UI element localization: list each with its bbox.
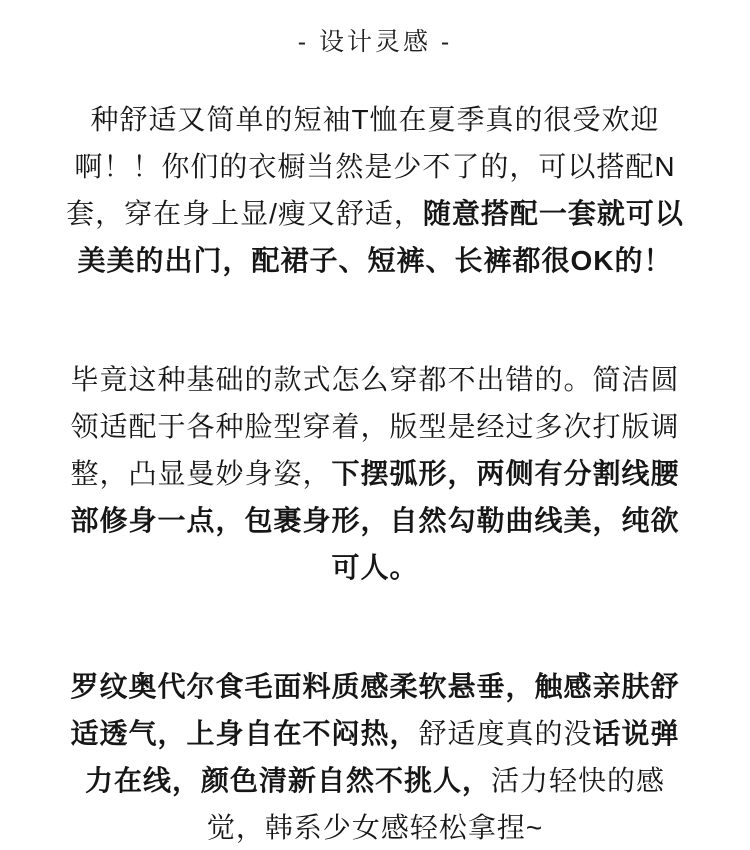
text-segment: 舒适度真的没 [418, 718, 592, 749]
design-inspiration-section: - 设计灵感 - 种舒适又简单的短袖T恤在夏季真的很受欢迎啊！！你们的衣橱当然是… [0, 0, 750, 850]
description-content: 种舒适又简单的短袖T恤在夏季真的很受欢迎啊！！你们的衣橱当然是少不了的，可以搭配… [61, 96, 689, 850]
section-title: - 设计灵感 - [0, 22, 750, 58]
paragraph-styling-tips: 种舒适又简单的短袖T恤在夏季真的很受欢迎啊！！你们的衣橱当然是少不了的，可以搭配… [61, 96, 689, 284]
paragraph-fabric-feel: 罗纹奥代尔食毛面料质感柔软悬垂，触感亲肤舒适透气，上身自在不闷热，舒适度真的没话… [61, 663, 689, 850]
paragraph-fit-design: 毕竟这种基础的款式怎么穿都不出错的。简洁圆领适配于各种脸型穿着，版型是经过多次打… [61, 356, 689, 591]
